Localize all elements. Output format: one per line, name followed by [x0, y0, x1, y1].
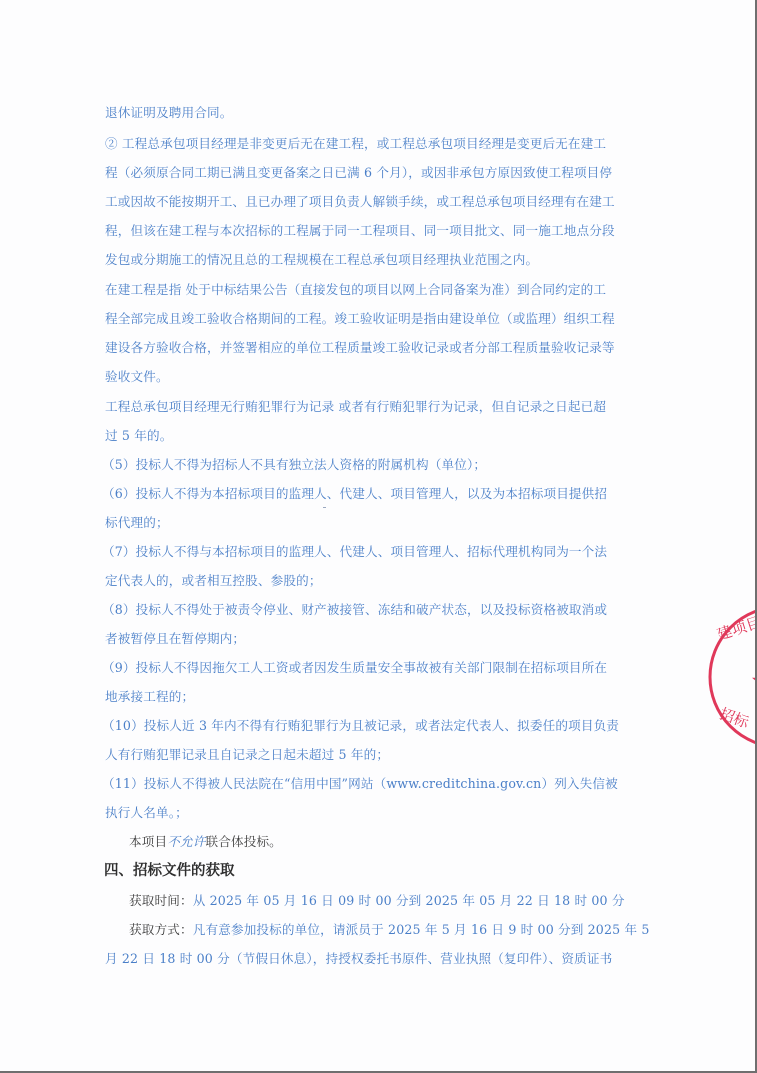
text-line: 月 22 日 18 时 00 分（节假日休息），持授权委托书原件、营业执照（复印…	[105, 951, 612, 967]
text-line: 工程总承包项目经理无行贿犯罪行为记录 或者有行贿犯罪行为记录，但自记录之日起已超	[105, 399, 606, 415]
acquisition-time-value: 从 2025 年 05 月 16 日 09 时 00 分到 2025 年 05 …	[193, 893, 625, 908]
text-line: 执行人名单。；	[105, 805, 188, 821]
seal-text-bottom: 招标	[717, 705, 752, 733]
requirement-item: （7）投标人不得与本招标项目的监理人、代建人、项目管理人、招标代理机构同为一个法	[102, 544, 607, 560]
scan-artifact	[323, 507, 326, 508]
consortium-suffix: 联合体投标。	[205, 834, 281, 849]
requirement-item: （8）投标人不得处于被责令停业、财产被接管、冻结和破产状态，以及投标资格被取消或	[102, 602, 607, 618]
requirement-item: （10）投标人近 3 年内不得有行贿犯罪行为且被记录，或者法定代表人、拟委任的项…	[102, 718, 619, 734]
acquisition-time: 获取时间：从 2025 年 05 月 16 日 09 时 00 分到 2025 …	[129, 893, 625, 909]
requirement-item: （9）投标人不得因拖欠工人工资或者因发生质量安全事故被有关部门限制在招标项目所在	[102, 660, 607, 676]
text-line: 验收文件。	[105, 369, 169, 385]
text-line: 程全部完成且竣工验收合格期间的工程。竣工验收证明是指由建设单位（或监理）组织工程	[105, 311, 615, 327]
text-line: 在建工程是指 处于中标结果公告（直接发包的项目以网上合同备案为准）到合同约定的工	[105, 282, 606, 298]
text-line: ② 工程总承包项目经理是非变更后无在建工程，或工程总承包项目经理是变更后无在建工	[105, 136, 606, 152]
text-line: 地承接工程的；	[105, 689, 194, 705]
text-line: 工或因故不能按期开工、且已办理了项目负责人解锁手续，或工程总承包项目经理有在建工	[105, 194, 615, 210]
acquisition-method: 获取方式：凡有意参加投标的单位，请派员于 2025 年 5 月 16 日 9 时…	[129, 922, 650, 938]
section-heading: 四、招标文件的获取	[104, 862, 235, 880]
text-line: 程，但该在建工程与本次招标的工程属于同一工程项目、同一项目批文、同一施工地点分段	[105, 223, 615, 239]
consortium-prefix: 本项目	[129, 834, 167, 849]
text-line: 发包或分期施工的情况且总的工程规模在工程总承包项目经理执业范围之内。	[105, 252, 538, 268]
text-line: 人有行贿犯罪记录且自记录之日起未超过 5 年的；	[105, 747, 389, 763]
official-seal-icon: 建项目 招标	[705, 592, 757, 762]
text-line: 过 5 年的。	[105, 428, 172, 444]
seal-text-top: 建项目	[715, 613, 757, 644]
acquisition-time-label: 获取时间：	[129, 893, 193, 908]
requirement-item: （5）投标人不得为招标人不具有独立法人资格的附属机构（单位）；	[102, 457, 486, 473]
text-line: 标代理的；	[105, 515, 169, 531]
text-line: 定代表人的，或者相互控股、参股的；	[105, 573, 322, 589]
consortium-value: 不允许	[167, 834, 205, 849]
document-page: 退休证明及聘用合同。 ② 工程总承包项目经理是非变更后无在建工程，或工程总承包项…	[0, 0, 757, 1073]
acquisition-method-value: 凡有意参加投标的单位，请派员于 2025 年 5 月 16 日 9 时 00 分…	[193, 922, 650, 937]
consortium-statement: 本项目不允许联合体投标。	[129, 834, 282, 850]
text-line: 程（必须原合同工期已满且变更备案之日已满 6 个月），或因非承包方原因致使工程项…	[105, 165, 612, 181]
text-line: 者被暂停且在暂停期内；	[105, 631, 245, 647]
text-line: 建设各方验收合格，并签署相应的单位工程质量竣工验收记录或者分部工程质量验收记录等	[105, 340, 615, 356]
requirement-item: （6）投标人不得为本招标项目的监理人、代建人、项目管理人，以及为本招标项目提供招	[102, 486, 607, 502]
text-line: 退休证明及聘用合同。	[105, 105, 232, 121]
requirement-item: （11）投标人不得被人民法院在“信用中国”网站（www.creditchina.…	[102, 776, 618, 792]
acquisition-method-label: 获取方式：	[129, 922, 193, 937]
